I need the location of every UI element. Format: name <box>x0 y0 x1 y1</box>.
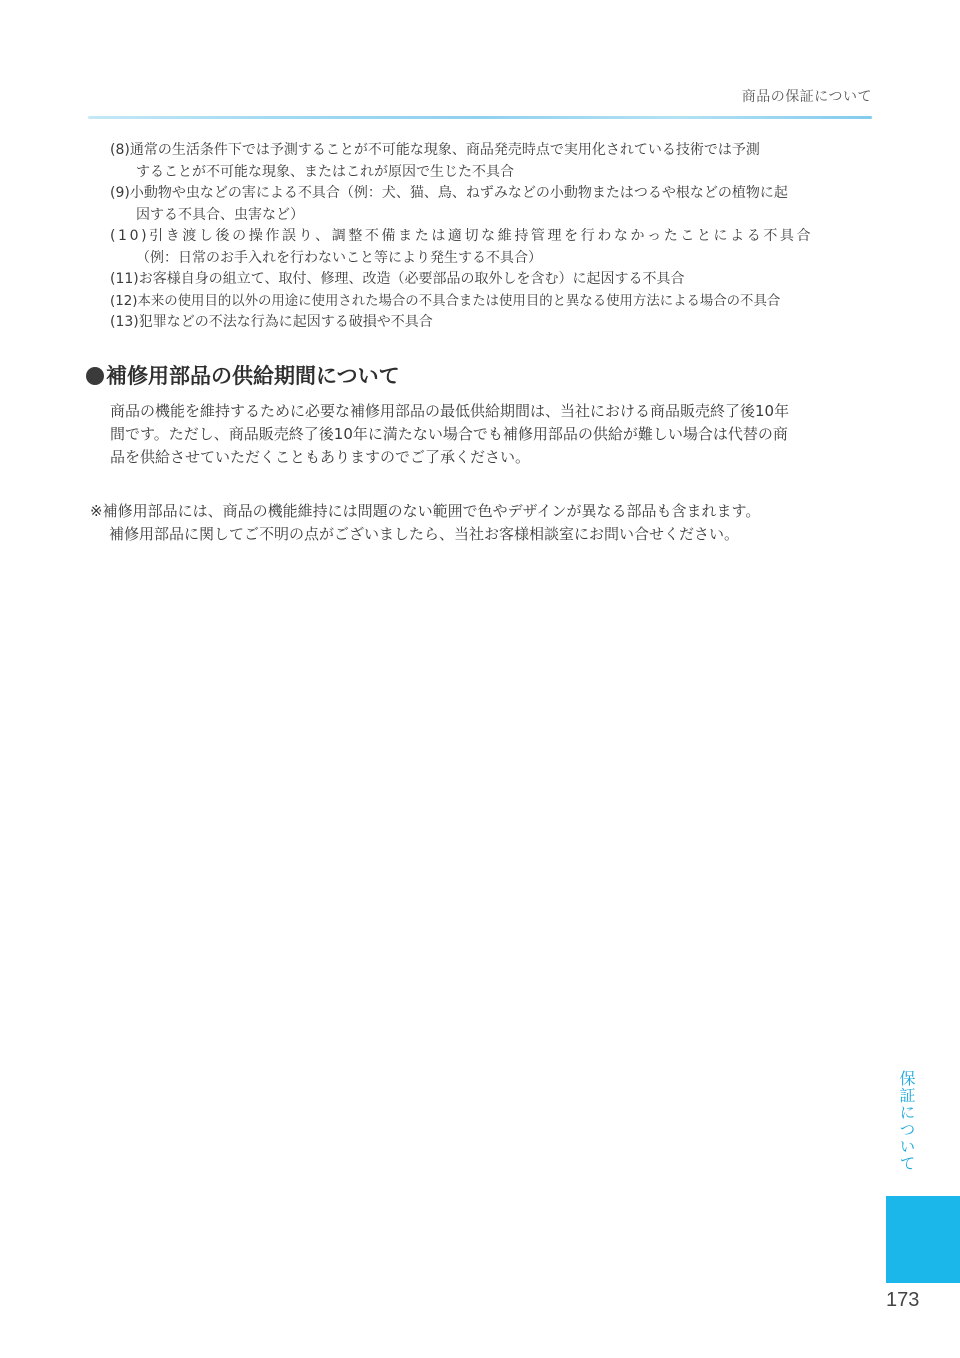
running-header: 商品の保証について <box>742 86 872 106</box>
list-item-line: (9)小動物や虫などの害による不具合（例：犬、猫、鳥、ねずみなどの小動物またはつ… <box>110 183 880 205</box>
list-item: (10)引き渡し後の操作誤り、調整不備または適切な維持管理を行わなかったことによ… <box>110 226 880 269</box>
note-line: 補修用部品に関してご不明の点がございましたら、当社お客様相談室にお問い合せくださ… <box>90 523 880 546</box>
list-item-line: (10)引き渡し後の操作誤り、調整不備または適切な維持管理を行わなかったことによ… <box>110 226 880 248</box>
list-item: (9)小動物や虫などの害による不具合（例：犬、猫、鳥、ねずみなどの小動物またはつ… <box>110 183 880 226</box>
section-title-text: 補修用部品の供給期間について <box>106 364 400 388</box>
section-body: 商品の機能を維持するために必要な補修用部品の最低供給期間は、当社における商品販売… <box>110 400 870 469</box>
list-item-line: (8)通常の生活条件下では予測することが不可能な現象、商品発売時点で実用化されて… <box>110 140 880 162</box>
list-item-line: （例：日常のお手入れを行わないこと等により発生する不具合） <box>110 248 880 270</box>
bullet-icon <box>86 367 104 385</box>
header-rule <box>88 116 872 119</box>
list-item-line: (11)お客様自身の組立て、取付、修理、改造（必要部品の取外しを含む）に起因する… <box>110 269 880 291</box>
list-item-line: 因する不具合、虫害など） <box>110 205 880 227</box>
section-title: 補修用部品の供給期間について <box>86 360 400 390</box>
section-body-line: 品を供給させていただくこともありますのでご了承ください。 <box>110 446 870 469</box>
list-item-line: (13)犯罪などの不法な行為に起因する破損や不具合 <box>110 312 880 334</box>
list-item: (13)犯罪などの不法な行為に起因する破損や不具合 <box>110 312 880 334</box>
side-chapter-label: 保証について <box>898 1070 918 1172</box>
note: ※補修用部品には、商品の機能維持には問題のない範囲で色やデザインが異なる部品も含… <box>90 500 880 546</box>
list-item-line: することが不可能な現象、またはこれが原因で生じた不具合 <box>110 162 880 184</box>
list-item: (11)お客様自身の組立て、取付、修理、改造（必要部品の取外しを含む）に起因する… <box>110 269 880 291</box>
side-chapter-tab <box>886 1196 960 1283</box>
list-item: (8)通常の生活条件下では予測することが不可能な現象、商品発売時点で実用化されて… <box>110 140 880 183</box>
list-item: (12)本来の使用目的以外の用途に使用された場合の不具合または使用目的と異なる使… <box>110 291 880 313</box>
section-body-line: 間です。ただし、商品販売終了後10年に満たない場合でも補修用部品の供給が難しい場… <box>110 423 870 446</box>
section-body-line: 商品の機能を維持するために必要な補修用部品の最低供給期間は、当社における商品販売… <box>110 400 870 423</box>
page-number: 173 <box>886 1289 919 1312</box>
note-line: ※補修用部品には、商品の機能維持には問題のない範囲で色やデザインが異なる部品も含… <box>90 500 880 523</box>
list-item-line: (12)本来の使用目的以外の用途に使用された場合の不具合または使用目的と異なる使… <box>110 291 880 313</box>
exclusion-conditions-list: (8)通常の生活条件下では予測することが不可能な現象、商品発売時点で実用化されて… <box>110 140 880 334</box>
